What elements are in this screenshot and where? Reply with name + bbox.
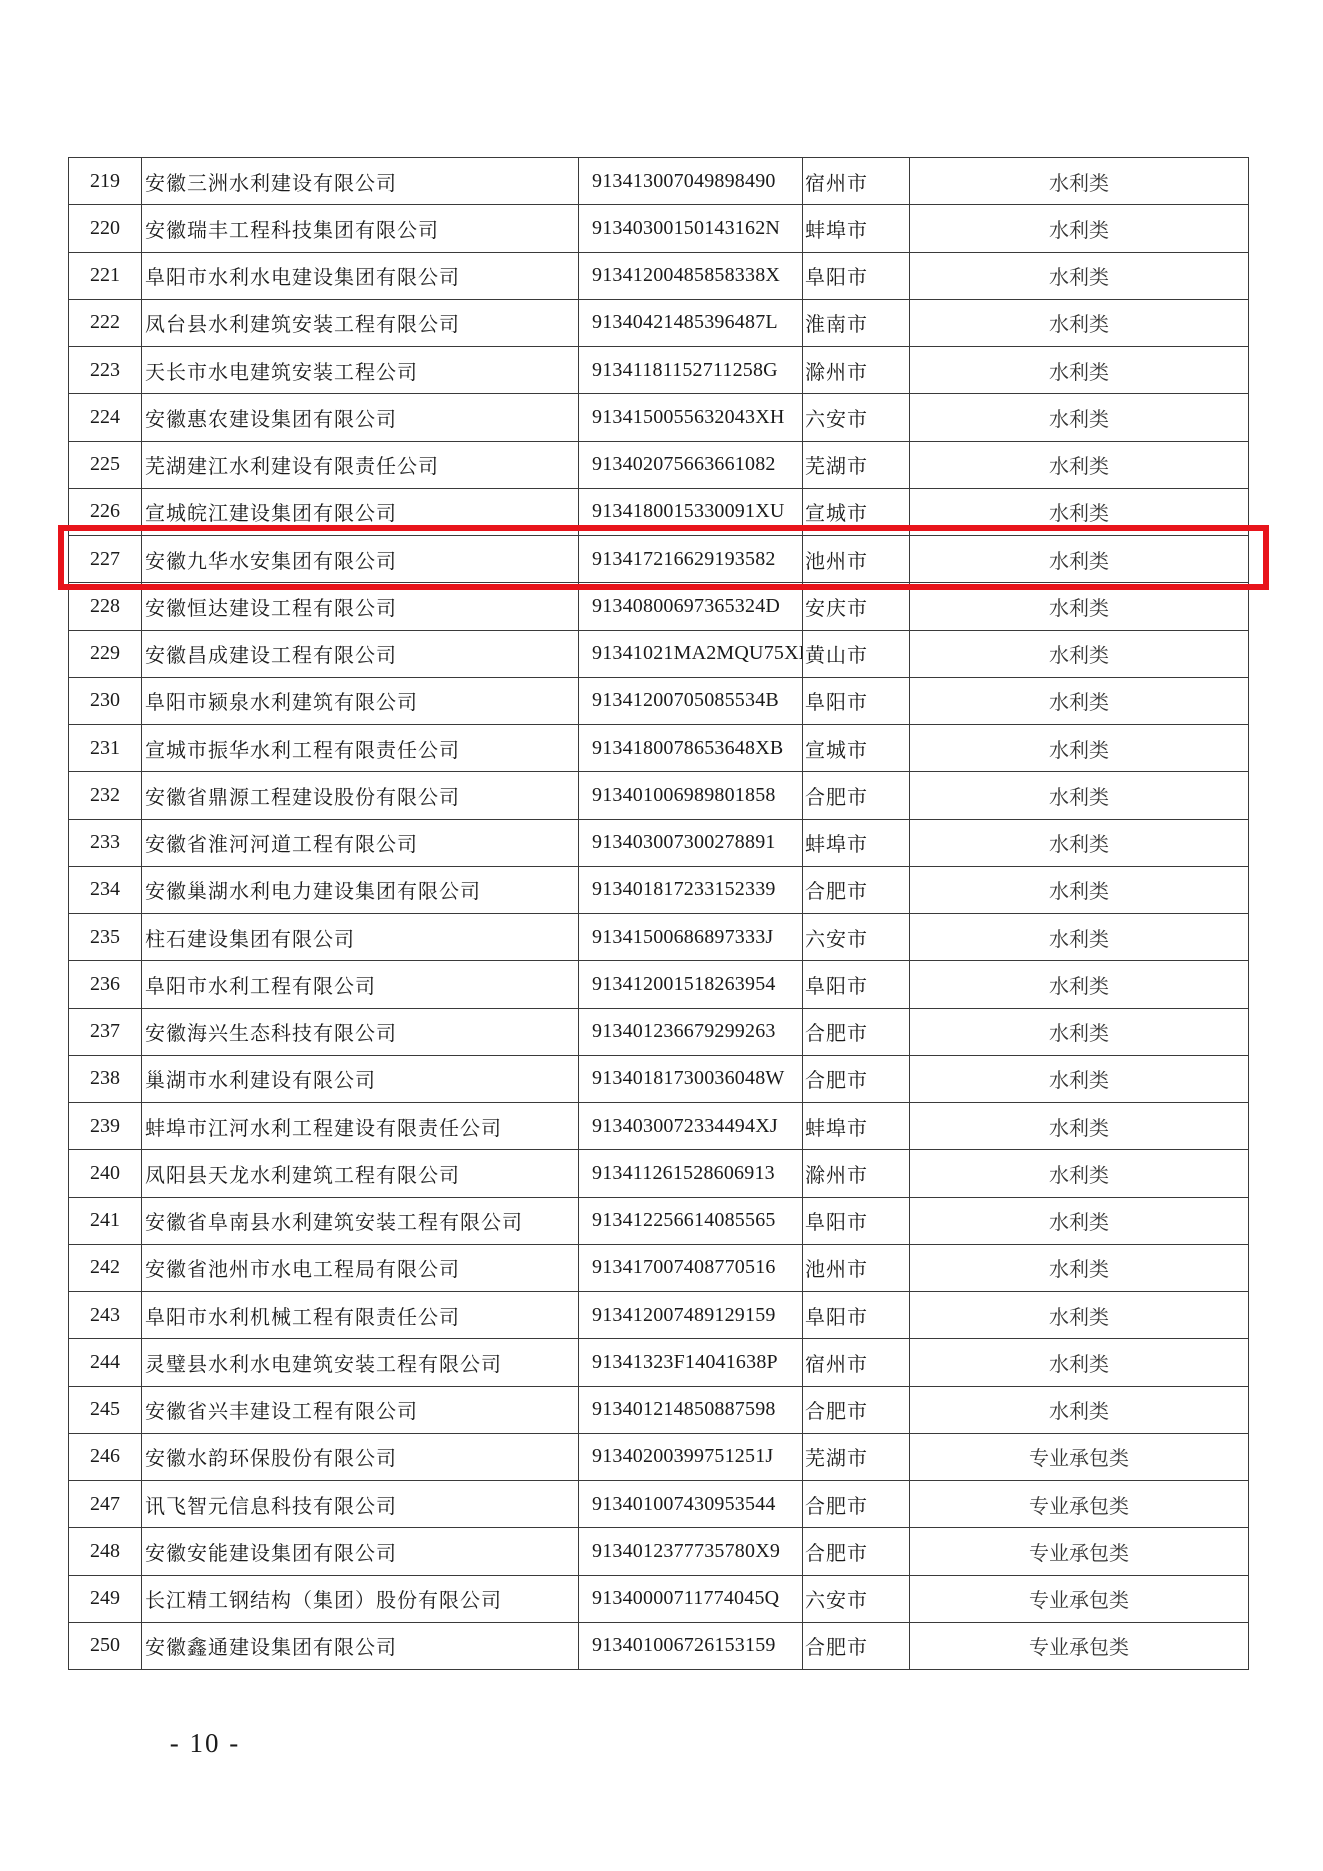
city: 六安市: [803, 394, 910, 441]
city: 池州市: [803, 1244, 910, 1291]
credit-code: 913412001518263954: [579, 961, 803, 1008]
table-row: 226宣城皖江建设集团有限公司9134180015330091XU宣城市水利类: [69, 488, 1249, 535]
company-name: 安徽省阜南县水利建筑安装工程有限公司: [142, 1197, 579, 1244]
table-row: 248安徽安能建设集团有限公司9134012377735780X9合肥市专业承包…: [69, 1528, 1249, 1575]
company-name: 长江精工钢结构（集团）股份有限公司: [142, 1575, 579, 1622]
row-number: 219: [69, 158, 142, 205]
category: 水利类: [910, 866, 1249, 913]
row-number: 233: [69, 819, 142, 866]
company-name: 安徽省兴丰建设工程有限公司: [142, 1386, 579, 1433]
company-name: 安徽安能建设集团有限公司: [142, 1528, 579, 1575]
category: 专业承包类: [910, 1528, 1249, 1575]
city: 芜湖市: [803, 1433, 910, 1480]
city: 宿州市: [803, 1339, 910, 1386]
category: 水利类: [910, 347, 1249, 394]
credit-code: 9134012377735780X9: [579, 1528, 803, 1575]
category: 水利类: [910, 205, 1249, 252]
company-name: 安徽海兴生态科技有限公司: [142, 1008, 579, 1055]
city: 合肥市: [803, 772, 910, 819]
city: 滁州市: [803, 347, 910, 394]
city: 合肥市: [803, 1386, 910, 1433]
city: 淮南市: [803, 299, 910, 346]
table-row: 233安徽省淮河河道工程有限公司913403007300278891蚌埠市水利类: [69, 819, 1249, 866]
category: 水利类: [910, 299, 1249, 346]
table-row: 235柱石建设集团有限公司91341500686897333J六安市水利类: [69, 914, 1249, 961]
company-name: 芜湖建江水利建设有限责任公司: [142, 441, 579, 488]
credit-code: 91341323F14041638P: [579, 1339, 803, 1386]
row-number: 220: [69, 205, 142, 252]
table-row: 239蚌埠市江河水利工程建设有限责任公司9134030072334494XJ蚌埠…: [69, 1103, 1249, 1150]
credit-code: 9134180078653648XB: [579, 725, 803, 772]
city: 阜阳市: [803, 961, 910, 1008]
city: 芜湖市: [803, 441, 910, 488]
company-name: 天长市水电建筑安装工程公司: [142, 347, 579, 394]
row-number: 243: [69, 1292, 142, 1339]
row-number: 237: [69, 1008, 142, 1055]
row-number: 240: [69, 1150, 142, 1197]
company-name: 灵璧县水利水电建筑安装工程有限公司: [142, 1339, 579, 1386]
category: 水利类: [910, 914, 1249, 961]
table-row: 240凤阳县天龙水利建筑工程有限公司913411261528606913滁州市水…: [69, 1150, 1249, 1197]
table-row: 219安徽三洲水利建设有限公司913413007049898490宿州市水利类: [69, 158, 1249, 205]
city: 合肥市: [803, 866, 910, 913]
category: 专业承包类: [910, 1575, 1249, 1622]
table-row: 230阜阳市颍泉水利建筑有限公司91341200705085534B阜阳市水利类: [69, 677, 1249, 724]
category: 水利类: [910, 1339, 1249, 1386]
row-number: 232: [69, 772, 142, 819]
row-number: 224: [69, 394, 142, 441]
table-row: 220安徽瑞丰工程科技集团有限公司91340300150143162N蚌埠市水利…: [69, 205, 1249, 252]
table-row: 247讯飞智元信息科技有限公司913401007430953544合肥市专业承包…: [69, 1481, 1249, 1528]
table-row: 225芜湖建江水利建设有限责任公司913402075663661082芜湖市水利…: [69, 441, 1249, 488]
table-row: 223天长市水电建筑安装工程公司91341181152711258G滁州市水利类: [69, 347, 1249, 394]
row-number: 239: [69, 1103, 142, 1150]
credit-code: 913401817233152339: [579, 866, 803, 913]
city: 阜阳市: [803, 1197, 910, 1244]
table-row: 250安徽鑫通建设集团有限公司913401006726153159合肥市专业承包…: [69, 1622, 1249, 1669]
city: 宿州市: [803, 158, 910, 205]
row-number: 249: [69, 1575, 142, 1622]
credit-code: 913402075663661082: [579, 441, 803, 488]
table-row: 238巢湖市水利建设有限公司91340181730036048W合肥市水利类: [69, 1055, 1249, 1102]
category: 水利类: [910, 1386, 1249, 1433]
category: 水利类: [910, 1055, 1249, 1102]
credit-code: 91341200485858338X: [579, 252, 803, 299]
company-name: 凤台县水利建筑安装工程有限公司: [142, 299, 579, 346]
row-number: 222: [69, 299, 142, 346]
company-name: 安徽鑫通建设集团有限公司: [142, 1622, 579, 1669]
city: 宣城市: [803, 488, 910, 535]
company-name: 安徽省淮河河道工程有限公司: [142, 819, 579, 866]
credit-code: 913401006989801858: [579, 772, 803, 819]
company-name: 安徽水韵环保股份有限公司: [142, 1433, 579, 1480]
table-body: 219安徽三洲水利建设有限公司913413007049898490宿州市水利类2…: [69, 158, 1249, 1670]
city: 蚌埠市: [803, 819, 910, 866]
table-row: 224安徽惠农建设集团有限公司9134150055632043XH六安市水利类: [69, 394, 1249, 441]
row-number: 241: [69, 1197, 142, 1244]
category: 水利类: [910, 441, 1249, 488]
credit-code: 913417007408770516: [579, 1244, 803, 1291]
company-name: 宣城市振华水利工程有限责任公司: [142, 725, 579, 772]
credit-code: 91340300150143162N: [579, 205, 803, 252]
table-row: 243阜阳市水利机械工程有限责任公司913412007489129159阜阳市水…: [69, 1292, 1249, 1339]
credit-code: 913413007049898490: [579, 158, 803, 205]
company-name: 巢湖市水利建设有限公司: [142, 1055, 579, 1102]
table-row: 245安徽省兴丰建设工程有限公司913401214850887598合肥市水利类: [69, 1386, 1249, 1433]
category: 水利类: [910, 725, 1249, 772]
table-row: 241安徽省阜南县水利建筑安装工程有限公司913412256614085565阜…: [69, 1197, 1249, 1244]
category: 水利类: [910, 1292, 1249, 1339]
credit-code: 913403007300278891: [579, 819, 803, 866]
table-row: 221阜阳市水利水电建设集团有限公司91341200485858338X阜阳市水…: [69, 252, 1249, 299]
credit-code: 913401007430953544: [579, 1481, 803, 1528]
table-row: 232安徽省鼎源工程建设股份有限公司913401006989801858合肥市水…: [69, 772, 1249, 819]
row-number: 225: [69, 441, 142, 488]
row-number: 238: [69, 1055, 142, 1102]
credit-code: 91341021MA2MQU75XB: [579, 630, 803, 677]
table-row: 236阜阳市水利工程有限公司913412001518263954阜阳市水利类: [69, 961, 1249, 1008]
city: 合肥市: [803, 1008, 910, 1055]
company-name: 安徽惠农建设集团有限公司: [142, 394, 579, 441]
credit-code: 91341181152711258G: [579, 347, 803, 394]
table-row: 234安徽巢湖水利电力建设集团有限公司913401817233152339合肥市…: [69, 866, 1249, 913]
city: 安庆市: [803, 583, 910, 630]
credit-code: 91340000711774045Q: [579, 1575, 803, 1622]
city: 蚌埠市: [803, 205, 910, 252]
category: 水利类: [910, 961, 1249, 1008]
category: 水利类: [910, 1008, 1249, 1055]
company-name: 安徽昌成建设工程有限公司: [142, 630, 579, 677]
credit-code: 913411261528606913: [579, 1150, 803, 1197]
company-name: 柱石建设集团有限公司: [142, 914, 579, 961]
company-name: 阜阳市水利机械工程有限责任公司: [142, 1292, 579, 1339]
category: 专业承包类: [910, 1481, 1249, 1528]
row-number: 226: [69, 488, 142, 535]
city: 阜阳市: [803, 252, 910, 299]
row-number: 250: [69, 1622, 142, 1669]
credit-code: 91340800697365324D: [579, 583, 803, 630]
category: 水利类: [910, 1103, 1249, 1150]
category: 水利类: [910, 1244, 1249, 1291]
credit-code: 9134030072334494XJ: [579, 1103, 803, 1150]
table-row: 222凤台县水利建筑安装工程有限公司91340421485396487L淮南市水…: [69, 299, 1249, 346]
row-number: 221: [69, 252, 142, 299]
credit-code: 91341500686897333J: [579, 914, 803, 961]
company-name: 安徽三洲水利建设有限公司: [142, 158, 579, 205]
credit-code: 91341200705085534B: [579, 677, 803, 724]
row-number: 223: [69, 347, 142, 394]
credit-code: 913412256614085565: [579, 1197, 803, 1244]
city: 池州市: [803, 536, 910, 583]
city: 合肥市: [803, 1481, 910, 1528]
city: 宣城市: [803, 725, 910, 772]
table-row: 229安徽昌成建设工程有限公司91341021MA2MQU75XB黄山市水利类: [69, 630, 1249, 677]
category: 水利类: [910, 677, 1249, 724]
city: 阜阳市: [803, 1292, 910, 1339]
credit-code: 913401236679299263: [579, 1008, 803, 1055]
city: 合肥市: [803, 1055, 910, 1102]
company-name: 安徽省鼎源工程建设股份有限公司: [142, 772, 579, 819]
company-name: 讯飞智元信息科技有限公司: [142, 1481, 579, 1528]
table-row: 228安徽恒达建设工程有限公司91340800697365324D安庆市水利类: [69, 583, 1249, 630]
row-number: 245: [69, 1386, 142, 1433]
city: 黄山市: [803, 630, 910, 677]
credit-code: 91340200399751251J: [579, 1433, 803, 1480]
company-name: 凤阳县天龙水利建筑工程有限公司: [142, 1150, 579, 1197]
credit-code: 913401214850887598: [579, 1386, 803, 1433]
row-number: 229: [69, 630, 142, 677]
credit-code: 91340181730036048W: [579, 1055, 803, 1102]
category: 水利类: [910, 772, 1249, 819]
city: 滁州市: [803, 1150, 910, 1197]
city: 六安市: [803, 914, 910, 961]
company-name: 阜阳市水利水电建设集团有限公司: [142, 252, 579, 299]
row-number: 236: [69, 961, 142, 1008]
category: 水利类: [910, 536, 1249, 583]
credit-code: 913401006726153159: [579, 1622, 803, 1669]
row-number: 230: [69, 677, 142, 724]
city: 合肥市: [803, 1528, 910, 1575]
company-name: 阜阳市颍泉水利建筑有限公司: [142, 677, 579, 724]
city: 六安市: [803, 1575, 910, 1622]
row-number: 247: [69, 1481, 142, 1528]
category: 水利类: [910, 583, 1249, 630]
table-row: 249长江精工钢结构（集团）股份有限公司91340000711774045Q六安…: [69, 1575, 1249, 1622]
table-row: 231宣城市振华水利工程有限责任公司9134180078653648XB宣城市水…: [69, 725, 1249, 772]
company-name: 宣城皖江建设集团有限公司: [142, 488, 579, 535]
row-number: 244: [69, 1339, 142, 1386]
category: 水利类: [910, 158, 1249, 205]
table-row: 242安徽省池州市水电工程局有限公司913417007408770516池州市水…: [69, 1244, 1249, 1291]
city: 蚌埠市: [803, 1103, 910, 1150]
category: 专业承包类: [910, 1622, 1249, 1669]
category: 水利类: [910, 1197, 1249, 1244]
row-number: 228: [69, 583, 142, 630]
table-row: 227安徽九华水安集团有限公司913417216629193582池州市水利类: [69, 536, 1249, 583]
category: 水利类: [910, 252, 1249, 299]
table-row: 244灵璧县水利水电建筑安装工程有限公司91341323F14041638P宿州…: [69, 1339, 1249, 1386]
credit-code: 913412007489129159: [579, 1292, 803, 1339]
row-number: 235: [69, 914, 142, 961]
company-name: 安徽瑞丰工程科技集团有限公司: [142, 205, 579, 252]
category: 水利类: [910, 394, 1249, 441]
company-name: 安徽省池州市水电工程局有限公司: [142, 1244, 579, 1291]
company-name: 阜阳市水利工程有限公司: [142, 961, 579, 1008]
city: 阜阳市: [803, 677, 910, 724]
row-number: 227: [69, 536, 142, 583]
page-number: - 10 -: [150, 1728, 260, 1759]
company-name: 安徽恒达建设工程有限公司: [142, 583, 579, 630]
category: 水利类: [910, 819, 1249, 866]
category: 水利类: [910, 1150, 1249, 1197]
company-name: 安徽九华水安集团有限公司: [142, 536, 579, 583]
row-number: 246: [69, 1433, 142, 1480]
table-row: 246安徽水韵环保股份有限公司91340200399751251J芜湖市专业承包…: [69, 1433, 1249, 1480]
credit-code: 913417216629193582: [579, 536, 803, 583]
company-list-table: 219安徽三洲水利建设有限公司913413007049898490宿州市水利类2…: [68, 157, 1249, 1670]
credit-code: 9134150055632043XH: [579, 394, 803, 441]
table-row: 237安徽海兴生态科技有限公司913401236679299263合肥市水利类: [69, 1008, 1249, 1055]
category: 水利类: [910, 630, 1249, 677]
row-number: 234: [69, 866, 142, 913]
company-name: 安徽巢湖水利电力建设集团有限公司: [142, 866, 579, 913]
credit-code: 9134180015330091XU: [579, 488, 803, 535]
row-number: 231: [69, 725, 142, 772]
credit-code: 91340421485396487L: [579, 299, 803, 346]
category: 专业承包类: [910, 1433, 1249, 1480]
company-name: 蚌埠市江河水利工程建设有限责任公司: [142, 1103, 579, 1150]
row-number: 242: [69, 1244, 142, 1291]
category: 水利类: [910, 488, 1249, 535]
row-number: 248: [69, 1528, 142, 1575]
city: 合肥市: [803, 1622, 910, 1669]
